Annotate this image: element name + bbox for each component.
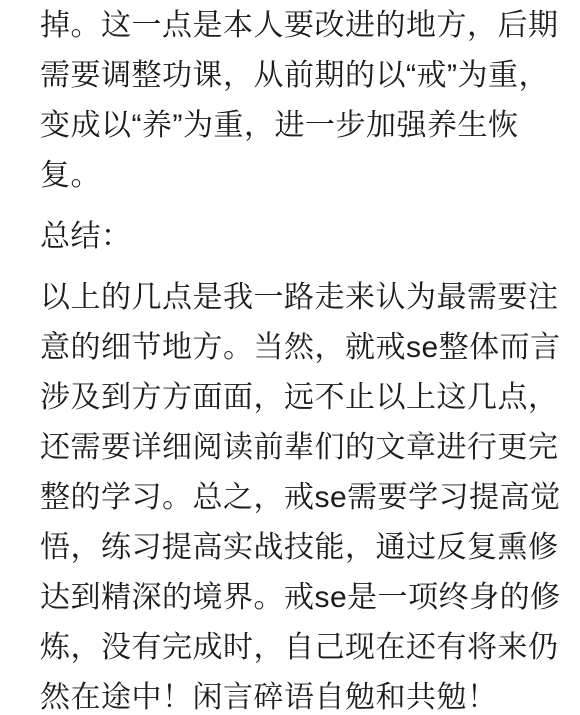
text-line: 变成以“养”为重，进一步加强养生恢: [40, 109, 518, 142]
text-line: 以上的几点是我一路走来认为最需要注: [40, 281, 559, 314]
text-line: 炼，没有完成时，自己现在还有将来仍: [40, 631, 559, 664]
text-line: 需要调整功课，从前期的以“戒”为重，: [40, 59, 549, 92]
text-line: 复。: [40, 159, 101, 192]
text-line: 悟，练习提高实战技能，通过反复熏修: [40, 531, 559, 564]
paragraph-summary-heading: 总结：: [40, 212, 540, 262]
text-line: 还需要详细阅读前辈们的文章进行更完: [40, 431, 559, 464]
text-line: 掉。这一点是本人要改进的地方，后期: [40, 9, 559, 42]
paragraph: 掉。这一点是本人要改进的地方，后期 需要调整功课，从前期的以“戒”为重， 变成以…: [40, 1, 540, 201]
article-body: 掉。这一点是本人要改进的地方，后期 需要调整功课，从前期的以“戒”为重， 变成以…: [0, 0, 580, 715]
text-line: 达到精深的境界。戒se是一项终身的修: [40, 581, 561, 614]
text-line: 涉及到方方面面，远不止以上这几点，: [40, 381, 559, 414]
paragraph: 以上的几点是我一路走来认为最需要注 意的细节地方。当然，就戒se整体而言 涉及到…: [40, 273, 540, 715]
text-line: 整的学习。总之，戒se需要学习提高觉: [40, 481, 561, 514]
text-line: 然在途中！闲言碎语自勉和共勉！: [40, 681, 498, 714]
text-line: 意的细节地方。当然，就戒se整体而言: [40, 331, 561, 364]
text-line: 总结：: [40, 220, 132, 253]
